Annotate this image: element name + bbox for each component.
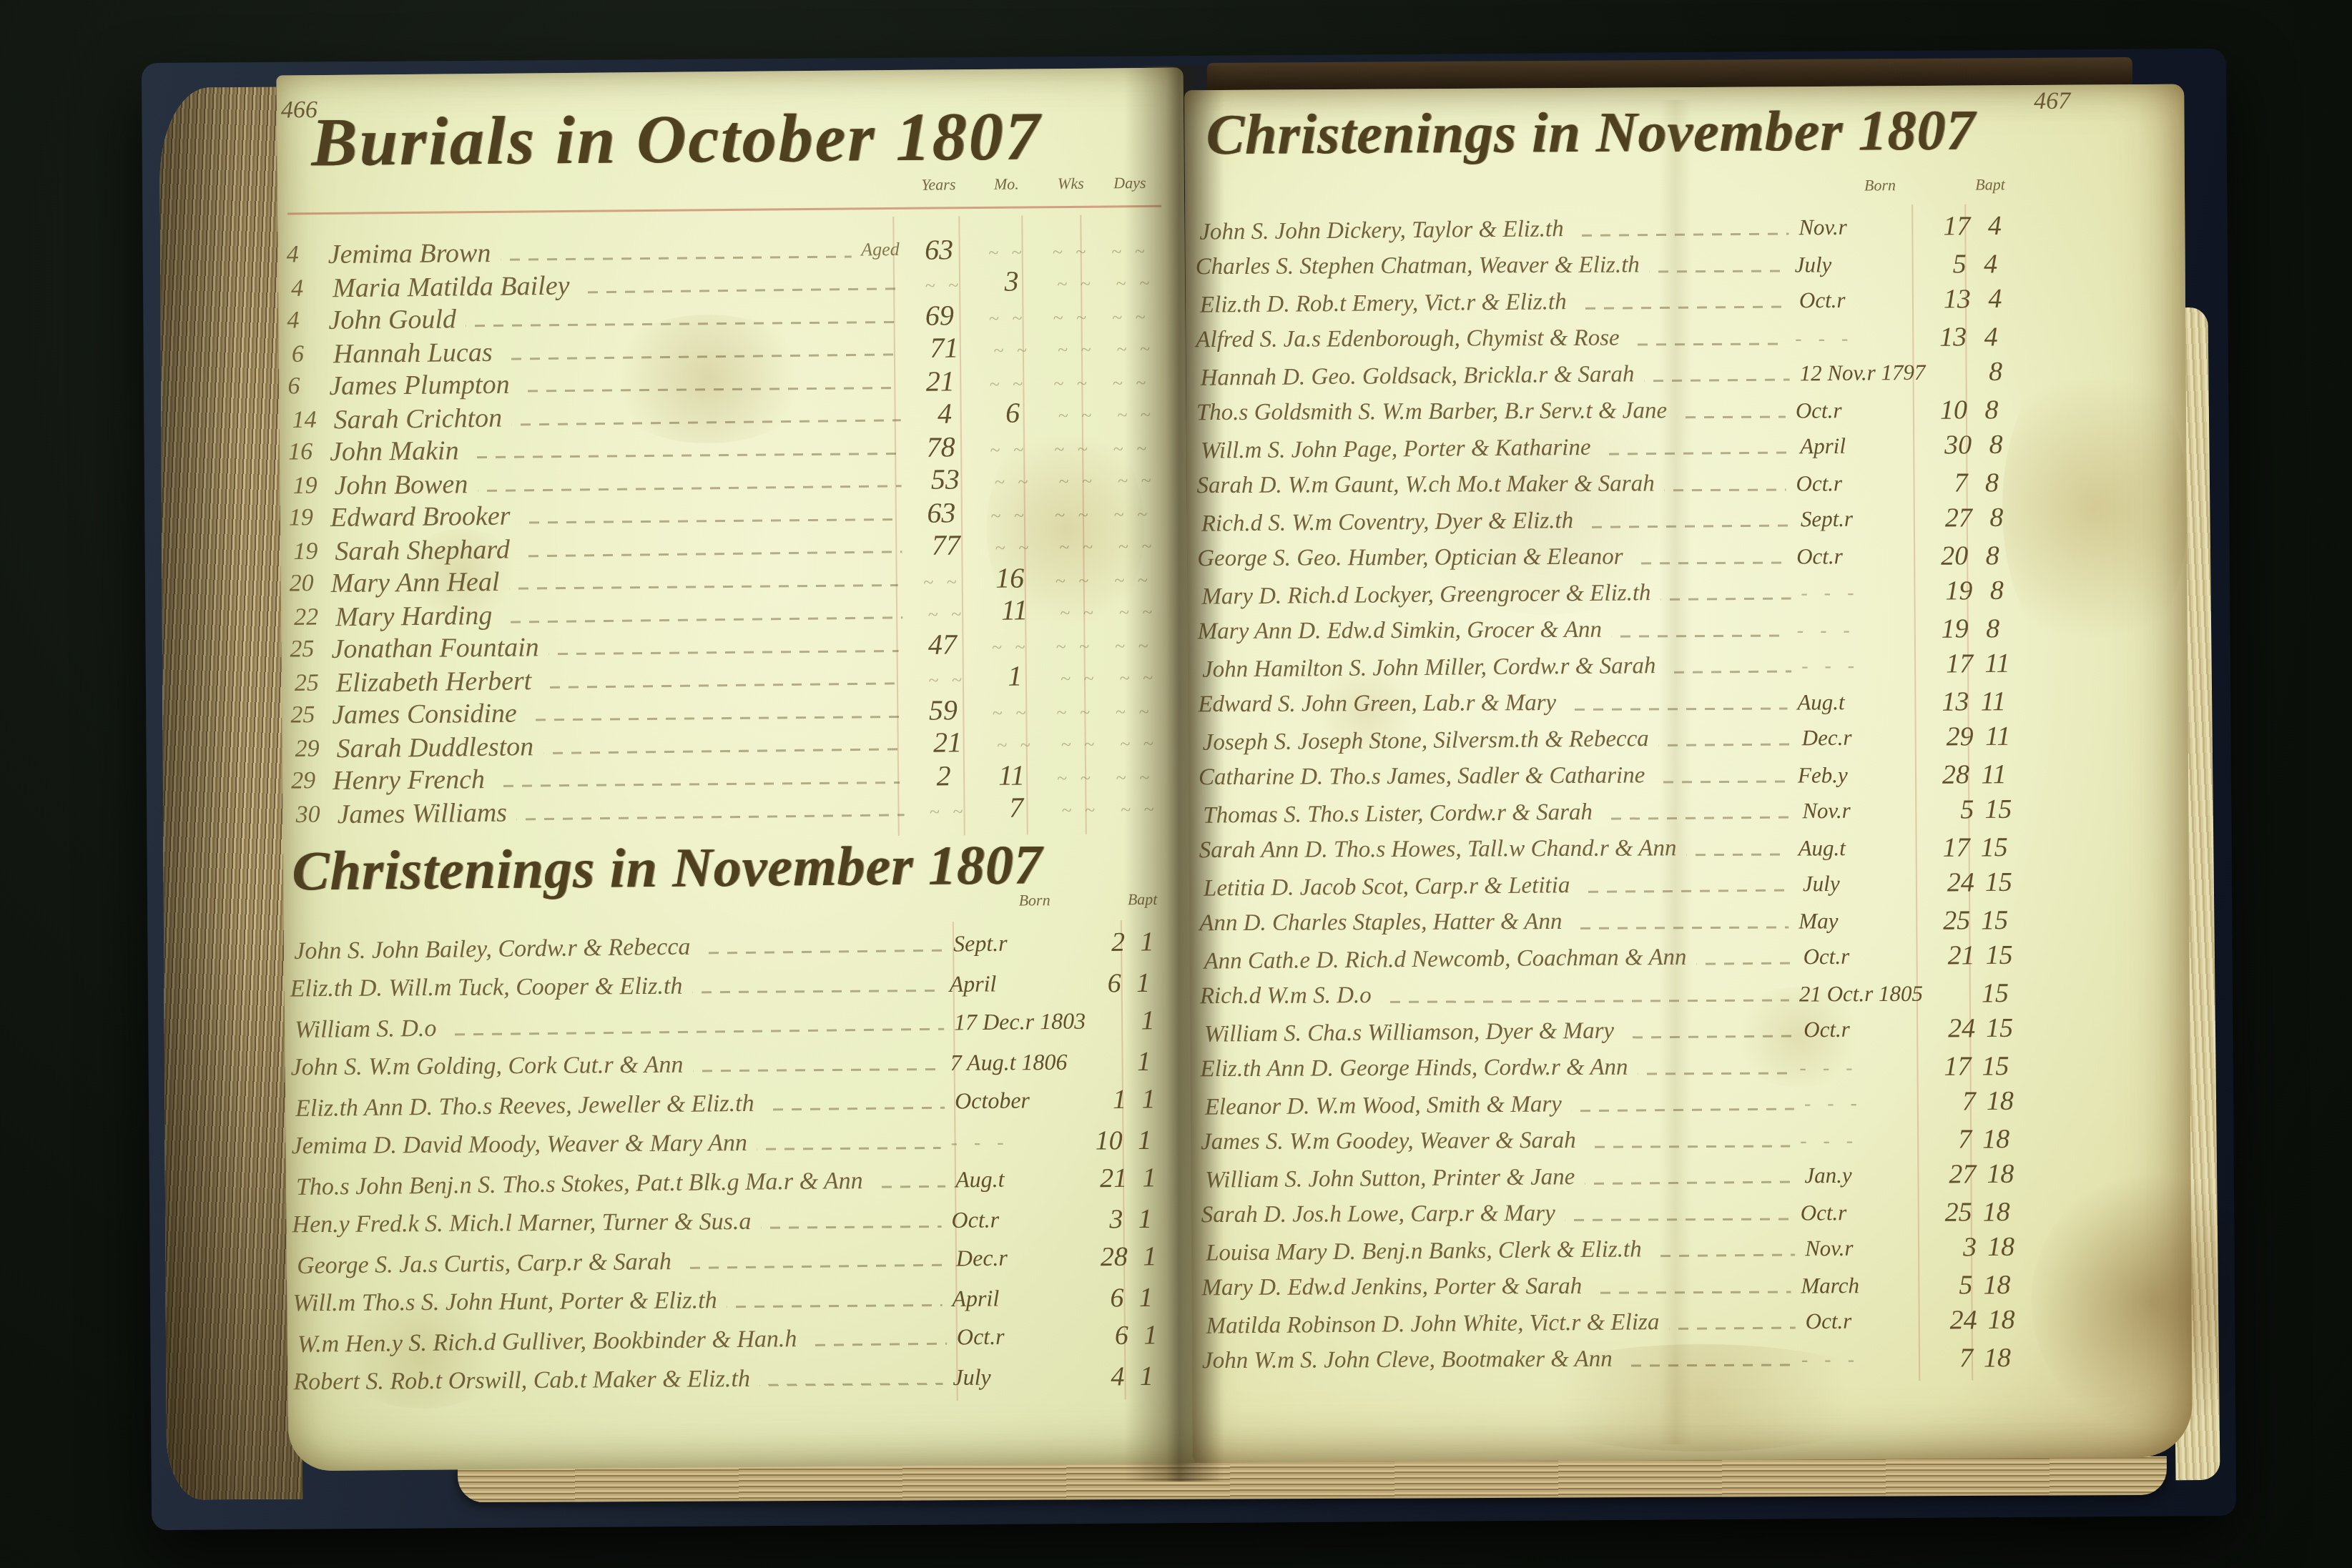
born-month — [1800, 1126, 1918, 1153]
christening-row: William S. Cha.s Williamson, Dyer & Mary… — [1204, 1010, 2024, 1053]
christening-row: John W.m S. John Cleve, Bootmaker & Ann7… — [1202, 1339, 2022, 1379]
burial-age-years — [914, 791, 983, 825]
dash-leader — [502, 616, 902, 623]
born-day: 5 — [1919, 1269, 1972, 1301]
baptised-day: 18 — [1972, 1269, 2021, 1301]
column-header: Mo. — [973, 174, 1040, 194]
dash-leader — [520, 551, 902, 557]
baptised-day: 11 — [1969, 686, 2017, 717]
register-photo: 466 Burials in October 1807 YearsMo.WksD… — [0, 0, 2352, 1568]
born-month — [1799, 1053, 1917, 1080]
burial-day: 16 — [285, 438, 330, 466]
baptised-day: 18 — [1972, 1123, 2020, 1155]
born-day: 20 — [1914, 540, 1968, 571]
burial-age-years: 21 — [913, 725, 982, 759]
burial-name: Sarah Shephard — [335, 534, 510, 568]
baptised-day: 15 — [1974, 939, 2023, 971]
christening-row: Eliz.th D. Rob.t Emery, Vict.r & Eliz.th… — [1200, 280, 2019, 324]
baptised-day: 11 — [1973, 720, 2022, 752]
born-day: 13 — [1915, 686, 1969, 717]
burial-name: Jonathan Fountain — [331, 631, 539, 665]
column-header: Bapt — [1966, 175, 2014, 194]
burial-age-weeks — [1044, 626, 1105, 660]
burial-day: 6 — [289, 340, 333, 368]
burial-age-years: 71 — [910, 330, 979, 365]
baptised-day: 8 — [1972, 574, 2021, 606]
born-day: 6 — [1073, 1282, 1123, 1313]
burial-age-weeks — [1050, 789, 1111, 824]
born-month: April — [1800, 432, 1918, 458]
christening-row: Eleanor D. W.m Wood, Smith & Mary718 — [1205, 1083, 2024, 1126]
title-rule-line — [287, 205, 1161, 215]
dash-leader — [543, 748, 904, 754]
christening-row: George S. Geo. Humber, Optician & Eleano… — [1197, 537, 2017, 577]
burial-age-months — [976, 626, 1044, 661]
born-month: July — [953, 1364, 1074, 1391]
burial-name: Henry French — [333, 764, 485, 797]
born-day: 3 — [1923, 1231, 1977, 1263]
christening-entry: Will.m S. John Page, Porter & Katharine — [1201, 435, 1591, 465]
burial-age-years: 47 — [908, 627, 976, 661]
born-day: 17 — [1919, 648, 1973, 680]
christening-entry: Alfred S. Ja.s Edenborough, Chymist & Ro… — [1196, 325, 1620, 354]
burial-age-weeks — [1041, 297, 1102, 331]
baptised-day: 11 — [1973, 647, 2022, 679]
burial-day: 4 — [284, 307, 328, 335]
dash-leader — [701, 950, 944, 955]
burial-name: Elizabeth Herbert — [336, 665, 532, 699]
christening-entry: Hannah D. Geo. Goldsack, Brickla.r & Sar… — [1200, 361, 1634, 391]
burial-day: 25 — [287, 636, 331, 664]
born-day: 19 — [1915, 613, 1969, 644]
baptised-day: 8 — [1969, 613, 2017, 644]
dash-leader — [760, 1383, 943, 1386]
burial-age-years: 69 — [905, 298, 973, 332]
dash-leader — [512, 419, 901, 425]
burial-name: Hannah Lucas — [333, 337, 493, 370]
christening-entry: William S. Cha.s Williamson, Dyer & Mary — [1204, 1018, 1614, 1048]
dash-leader — [580, 287, 900, 293]
christening-row: Rich.d S. W.m Coventry, Dyer & Eliz.thSe… — [1201, 499, 2021, 543]
burial-age-years — [910, 265, 978, 299]
burial-age-years: 53 — [911, 462, 980, 496]
burial-age-weeks — [1043, 428, 1103, 463]
christening-row: Eliz.th Ann D. George Hinds, Cordw.r & A… — [1200, 1047, 2019, 1088]
dash-leader — [447, 1028, 945, 1036]
christening-entry: Edward S. John Green, Lab.r & Mary — [1198, 690, 1556, 718]
born-day: 7 — [1914, 467, 1967, 498]
burial-age-years: 2 — [910, 759, 978, 793]
born-month: Oct.r — [1801, 1199, 1919, 1226]
christening-entry: John W.m S. John Cleve, Bootmaker & Ann — [1202, 1346, 1613, 1375]
baptised-day: 15 — [1970, 832, 2019, 863]
dash-leader — [520, 387, 897, 393]
christening-row: William S. John Sutton, Printer & JaneJa… — [1205, 1155, 2024, 1199]
christening-entry: Mary D. Edw.d Jenkins, Porter & Sarah — [1201, 1273, 1582, 1301]
burial-age-years: 77 — [912, 528, 980, 562]
page-crease — [1659, 100, 1692, 1444]
born-day: 10 — [1914, 394, 1967, 425]
christening-row: Alfred S. Ja.s Edenborough, Chymist & Ro… — [1196, 318, 2015, 358]
christening-entry: Robert S. Rob.t Orswill, Cab.t Maker & E… — [293, 1365, 750, 1395]
christening-entry: Eleanor D. W.m Wood, Smith & Mary — [1205, 1091, 1562, 1120]
dash-leader — [764, 1107, 945, 1111]
born-month: May — [1799, 907, 1916, 934]
born-month: Dec.r — [956, 1244, 1078, 1272]
burial-day: 6 — [285, 373, 329, 400]
dash-leader — [1623, 1364, 1791, 1367]
born-month: Feb.y — [1798, 761, 1916, 788]
burial-age-months: 11 — [978, 758, 1045, 792]
christening-entry: John S. W.m Golding, Cork Cut.r & Ann — [290, 1051, 683, 1081]
christening-entry: Mary Ann D. Edw.d Simkin, Grocer & Ann — [1198, 617, 1602, 645]
burial-age-months — [974, 363, 1042, 398]
born-month — [1795, 324, 1913, 350]
dash-leader — [478, 485, 901, 492]
burial-age-months: 16 — [975, 561, 1043, 595]
burial-age-months: 6 — [978, 395, 1047, 430]
born-month: Aug.t — [955, 1165, 1077, 1193]
dash-leader — [1603, 816, 1792, 819]
dash-leader — [1686, 854, 1788, 857]
burial-age-months — [980, 527, 1048, 561]
christening-row: Ann Cath.e D. Rich.d Newcomb, Coachman &… — [1204, 937, 2023, 980]
christening-entry: John S. John Dickery, Taylor & Eliz.th — [1199, 216, 1564, 245]
baptised-day: 18 — [1976, 1158, 2024, 1190]
right-christenings-column-headers: BornBapt — [1794, 175, 2014, 195]
christening-entry: Joseph S. Joseph Stone, Silversm.th & Re… — [1203, 726, 1649, 756]
born-day: 21 — [1077, 1162, 1127, 1194]
born-month: Sept.r — [953, 930, 1075, 957]
born-month: Oct.r — [1796, 543, 1914, 569]
born-month: Aug.t — [1797, 689, 1915, 715]
burial-age-weeks — [1043, 494, 1104, 528]
born-month — [1797, 616, 1915, 642]
born-month: 7 Aug.t 1806 — [950, 1049, 1071, 1076]
born-month — [1804, 1088, 1922, 1115]
born-month: Oct.r — [951, 1206, 1073, 1233]
baptised-day: 18 — [1973, 1342, 2022, 1374]
burial-name: Mary Harding — [335, 600, 493, 633]
burial-name: James Williams — [337, 797, 507, 831]
aged-label: Aged — [861, 239, 900, 260]
burial-age-years — [907, 561, 975, 596]
born-month: Oct.r — [1799, 286, 1917, 312]
christening-row: Sarah D. Jos.h Lowe, Carp.r & MaryOct.r2… — [1201, 1193, 2021, 1233]
christening-row: Joseph S. Joseph Stone, Silversm.th & Re… — [1203, 718, 2022, 761]
dash-leader — [469, 453, 897, 458]
baptised-day: 4 — [1971, 282, 2019, 315]
born-month — [1801, 651, 1919, 677]
christening-entry: Tho.s Goldsmith S. W.m Barber, B.r Serv.… — [1196, 398, 1667, 426]
baptised-day: 15 — [1974, 793, 2022, 825]
christening-row: Catharine D. Tho.s James, Sadler & Catha… — [1199, 756, 2018, 796]
born-day: 21 — [1921, 940, 1974, 972]
baptised-day: 4 — [1967, 321, 2015, 352]
born-day: 4 — [1074, 1361, 1124, 1392]
born-day: 28 — [1078, 1241, 1128, 1273]
left-christenings-title: Christenings in November 1807 — [292, 832, 1043, 903]
burial-age-years — [913, 659, 982, 694]
christening-entry: John S. John Bailey, Cordw.r & Rebecca — [294, 933, 691, 965]
born-day: 10 — [1072, 1125, 1122, 1156]
christening-row: Matilda Robinson D. John White, Vict.r &… — [1206, 1301, 2025, 1345]
christening-row: John Hamilton S. John Miller, Cordw.r & … — [1202, 645, 2022, 689]
born-day: 13 — [1913, 321, 1967, 352]
burial-age-months — [981, 724, 1050, 759]
baptised-day: 15 — [1975, 1012, 2024, 1044]
burial-day: 4 — [284, 241, 328, 269]
christening-row: Letitia D. Jacob Scot, Carp.r & LetitiaJ… — [1204, 864, 2023, 907]
burial-age-weeks — [1045, 757, 1106, 792]
baptised-day: 18 — [1977, 1231, 2025, 1263]
burial-age-weeks — [1043, 560, 1104, 594]
burial-day: 29 — [292, 735, 337, 763]
baptised-day: 8 — [1972, 501, 2021, 533]
christening-entry: Tho.s John Benj.n S. Tho.s Stokes, Pat.t… — [296, 1167, 863, 1200]
baptised-day: 11 — [1969, 759, 2018, 790]
born-day: 25 — [1919, 1196, 1972, 1228]
christening-row: Thomas S. Tho.s Lister, Cordw.r & SarahN… — [1203, 791, 2022, 834]
burial-age-weeks — [1048, 592, 1110, 626]
born-day: 5 — [1920, 794, 1974, 826]
dash-leader — [1612, 635, 1787, 638]
burial-age-weeks — [1045, 263, 1107, 297]
born-month: Jan.y — [1804, 1161, 1922, 1188]
born-day: 25 — [1916, 904, 1970, 936]
baptised-day: 8 — [1968, 540, 2017, 571]
christening-entry: Will.m Tho.s S. John Hunt, Porter & Eliz… — [292, 1287, 717, 1317]
christening-entry: Eliz.th Ann D. George Hinds, Cordw.r & A… — [1200, 1055, 1628, 1083]
born-month: 12 Nov.r 1797 — [1799, 359, 1917, 385]
burial-name: Sarah Crichton — [333, 403, 502, 436]
burial-age-months: 7 — [982, 789, 1050, 824]
left-page: 466 Burials in October 1807 YearsMo.WksD… — [277, 68, 1196, 1471]
born-day: 30 — [1918, 429, 1972, 461]
christening-entry: George S. Geo. Humber, Optician & Eleano… — [1197, 544, 1623, 573]
burial-name: John Bowen — [334, 468, 468, 501]
burial-name: Edward Brooker — [330, 501, 511, 533]
born-day: 7 — [1922, 1085, 1976, 1118]
dash-leader — [549, 650, 899, 655]
christening-entry: Sarah D. W.m Gaunt, W.ch Mo.t Maker & Sa… — [1196, 470, 1654, 499]
christening-entry: John Hamilton S. John Miller, Cordw.r & … — [1202, 653, 1656, 684]
burials-list: 4Jemima BrownAged634Maria Matilda Bailey… — [283, 231, 1163, 831]
born-day: 28 — [1916, 759, 1969, 790]
dash-leader — [509, 584, 897, 590]
burial-day: 4 — [288, 275, 333, 302]
born-month: Dec.r — [1802, 724, 1920, 750]
christening-entry: Eliz.th Ann D. Tho.s Reeves, Jeweller & … — [295, 1090, 754, 1122]
born-day: 1 — [1076, 1083, 1126, 1115]
burials-column-headers: YearsMo.WksDays — [905, 174, 1158, 194]
dash-leader — [761, 1226, 941, 1229]
christening-entry: Rich.d W.m S. D.o — [1200, 982, 1372, 1010]
baptised-day: 15 — [1971, 1050, 2019, 1082]
born-month: October — [955, 1087, 1076, 1115]
christening-entry: Hen.y Fred.k S. Mich.l Marner, Turner & … — [292, 1208, 751, 1238]
dash-leader — [692, 990, 939, 993]
burial-name: John Gould — [328, 303, 456, 336]
burial-name: Sarah Duddleston — [336, 731, 533, 764]
christening-entry: Letitia D. Jacob Scot, Carp.r & Letitia — [1204, 872, 1570, 902]
born-month: Nov.r — [1802, 797, 1920, 823]
dash-leader — [521, 518, 897, 524]
burial-day: 14 — [290, 406, 334, 434]
baptised-day: 8 — [1971, 355, 2019, 388]
baptised-day: 18 — [1972, 1196, 2021, 1228]
christening-entry: George S. Ja.s Curtis, Carp.r & Sarah — [297, 1248, 671, 1280]
dash-leader — [693, 1068, 940, 1072]
dash-leader — [1633, 562, 1787, 565]
born-month: 21 Oct.r 1805 — [1799, 980, 1917, 1007]
dash-leader — [682, 1264, 946, 1269]
born-month: Oct.r — [1796, 397, 1914, 423]
burial-name: James Plumpton — [329, 369, 510, 402]
christening-row: Mary D. Rich.d Lockyer, Greengrocer & El… — [1201, 572, 2021, 616]
dash-leader — [503, 353, 900, 360]
burials-title: Burials in October 1807 — [311, 96, 1042, 182]
burial-age-weeks — [1049, 724, 1111, 758]
burial-age-years: 78 — [907, 430, 975, 464]
burial-day: 29 — [288, 767, 333, 795]
born-day: 6 — [1071, 967, 1121, 999]
dash-leader — [541, 682, 903, 689]
born-month: Oct.r — [1796, 470, 1914, 496]
burial-age-months — [975, 495, 1043, 529]
book-gutter-shadow — [1124, 66, 1224, 1481]
born-month: July — [1795, 251, 1913, 277]
christening-entry: Catharine D. Tho.s James, Sadler & Catha… — [1199, 762, 1645, 791]
baptised-day: 18 — [1976, 1085, 2024, 1117]
born-month: Nov.r — [1799, 213, 1916, 240]
born-day: 19 — [1919, 575, 1972, 607]
burial-age-years: 63 — [907, 495, 975, 530]
born-day: 5 — [1913, 248, 1967, 280]
christening-entry: Eliz.th D. Rob.t Emery, Vict.r & Eliz.th — [1200, 289, 1567, 318]
christening-entry: William S. D.o — [295, 1015, 437, 1043]
burial-day: 25 — [292, 669, 336, 697]
burial-age-weeks — [1040, 231, 1101, 265]
christening-row: Tho.s Goldsmith S. W.m Barber, B.r Serv.… — [1196, 391, 2016, 431]
burial-age-years: 21 — [906, 364, 974, 398]
dash-leader — [517, 814, 905, 820]
right-christenings-list: John S. John Dickery, Taylor & Eliz.thNo… — [1195, 208, 2022, 1380]
right-christenings-title: Christenings in November 1807 — [1206, 99, 1975, 169]
born-month: April — [950, 970, 1071, 997]
baptised-day: 8 — [1967, 394, 2016, 425]
burial-age-years: 59 — [909, 693, 977, 727]
burial-name: Maria Matilda Bailey — [333, 270, 570, 305]
burial-age-months — [979, 461, 1048, 495]
baptised-day: 4 — [1970, 209, 2019, 242]
christening-row: Robert S. Rob.t Orswill, Cab.t Maker & E… — [293, 1356, 1168, 1402]
dash-leader — [466, 321, 896, 327]
burial-age-weeks — [1048, 526, 1109, 561]
burial-day: 19 — [290, 472, 334, 500]
born-month: Oct.r — [1804, 1015, 1922, 1042]
burial-day: 19 — [290, 538, 335, 566]
burial-name: James Considine — [332, 698, 517, 731]
burial-age-months — [977, 692, 1045, 726]
burial-day: 20 — [287, 570, 331, 598]
born-month: Sept.r — [1801, 505, 1919, 531]
burial-name: Mary Ann Heal — [331, 566, 500, 599]
burial-day: 30 — [292, 801, 337, 829]
born-month: April — [952, 1285, 1073, 1312]
christening-entry: James S. W.m Goodey, Weaver & Sarah — [1201, 1128, 1576, 1155]
burial-age-years — [912, 593, 981, 628]
dash-leader — [1630, 343, 1786, 346]
christening-entry: Thomas S. Tho.s Lister, Cordw.r & Sarah — [1203, 799, 1593, 829]
christening-entry: Charles S. Stephen Chatman, Weaver & Eli… — [1196, 252, 1640, 280]
burial-age-months: 11 — [980, 593, 1049, 627]
born-day: 24 — [1922, 1012, 1975, 1045]
christening-row: James S. W.m Goodey, Weaver & Sarah718 — [1201, 1120, 2020, 1160]
born-month — [1801, 578, 1919, 604]
christening-entry: Sarah D. Jos.h Lowe, Carp.r & Mary — [1201, 1200, 1555, 1228]
baptised-day: 8 — [1972, 428, 2020, 460]
christening-row: Ann D. Charles Staples, Hatter & AnnMay2… — [1199, 902, 2019, 942]
burial-age-weeks — [1046, 395, 1108, 429]
christening-row: Mary Ann D. Edw.d Simkin, Grocer & Ann19… — [1198, 610, 2017, 650]
born-day: 7 — [1919, 1342, 1973, 1374]
christening-row: Sarah Ann D. Tho.s Howes, Tall.w Chand.r… — [1199, 829, 2019, 869]
christening-row: Louisa Mary D. Benj.n Banks, Clerk & Eli… — [1206, 1228, 2025, 1272]
burial-age-months: 3 — [978, 264, 1046, 298]
column-header: Born — [1794, 176, 1966, 195]
born-month: Oct.r — [1803, 942, 1921, 969]
born-day: 27 — [1922, 1158, 1976, 1190]
baptised-day: 15 — [1971, 977, 2019, 1009]
christening-row: Rich.d W.m S. D.o21 Oct.r 180515 — [1200, 975, 2019, 1015]
christening-entry: Sarah Ann D. Tho.s Howes, Tall.w Chand.r… — [1199, 835, 1677, 864]
christening-entry: William S. John Sutton, Printer & Jane — [1205, 1164, 1575, 1194]
baptised-day: 15 — [1974, 866, 2023, 898]
dash-leader — [1601, 451, 1791, 455]
burial-day: 25 — [287, 701, 332, 729]
burial-name: John Makin — [330, 435, 459, 468]
burial-age-months — [978, 330, 1047, 364]
born-day: 7 — [1918, 1123, 1972, 1155]
baptised-day: 4 — [1967, 248, 2015, 280]
born-day: 17 — [1917, 1050, 1971, 1082]
burial-age-weeks — [1047, 460, 1108, 495]
column-header: Born — [949, 890, 1121, 910]
born-day: 3 — [1073, 1203, 1123, 1235]
born-month: July — [1803, 869, 1921, 896]
christening-row: Mary D. Edw.d Jenkins, Porter & SarahMar… — [1201, 1266, 2021, 1306]
christening-entry: Rich.d S. W.m Coventry, Dyer & Eliz.th — [1201, 508, 1574, 538]
born-day — [1918, 372, 1972, 373]
born-day: 2 — [1075, 926, 1125, 958]
christening-row: Edward S. John Green, Lab.r & MaryAug.t1… — [1198, 683, 2017, 723]
dash-leader — [495, 781, 900, 787]
born-day: 13 — [1917, 283, 1971, 315]
burial-age-months — [973, 297, 1041, 332]
born-month: Oct.r — [957, 1323, 1078, 1351]
burial-age-weeks — [1042, 363, 1103, 397]
born-day: 6 — [1078, 1319, 1128, 1351]
burial-age-months: 1 — [981, 659, 1050, 693]
christening-entry: Louisa Mary D. Benj.n Banks, Clerk & Eli… — [1206, 1236, 1642, 1266]
born-day: 24 — [1923, 1304, 1977, 1336]
born-month — [950, 1128, 1072, 1155]
dash-leader — [527, 716, 899, 721]
born-day: 17 — [1916, 832, 1970, 863]
burial-day: 19 — [286, 504, 330, 532]
christening-entry: W.m Hen.y S. Rich.d Gulliver, Bookbinder… — [297, 1326, 797, 1359]
